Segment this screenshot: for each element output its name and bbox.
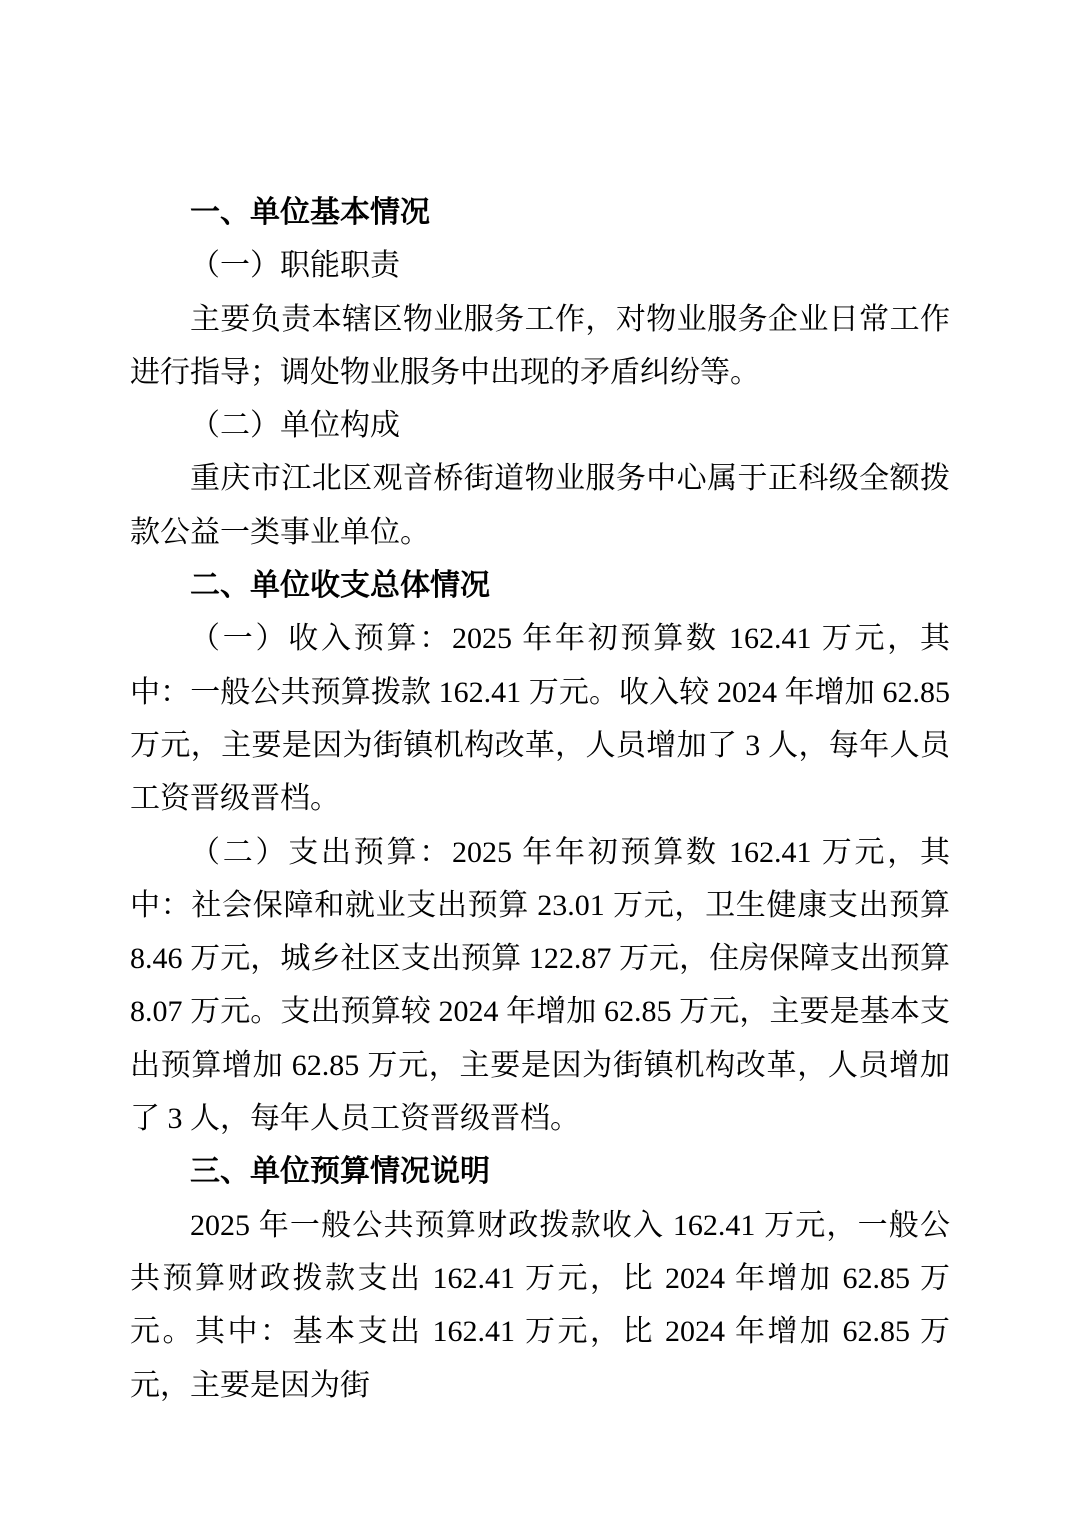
paragraph-unit-composition: 重庆市江北区观音桥街道物业服务中心属于正科级全额拨款公益一类事业单位。 [130,452,950,559]
paragraph-income-budget: （一）收入预算：2025 年年初预算数 162.41 万元，其中：一般公共预算拨… [130,612,950,825]
paragraph-budget-explanation: 2025 年一般公共预算财政拨款收入 162.41 万元，一般公共预算财政拨款支… [130,1199,950,1412]
subheading-unit-composition: （二）单位构成 [130,399,950,452]
section-heading-revenue-expenditure: 二、单位收支总体情况 [130,559,950,612]
paragraph-functions-duties: 主要负责本辖区物业服务工作，对物业服务企业日常工作进行指导；调处物业服务中出现的… [130,293,950,400]
paragraph-expenditure-budget: （二）支出预算：2025 年年初预算数 162.41 万元，其中：社会保障和就业… [130,826,950,1146]
subheading-functions-duties: （一）职能职责 [130,239,950,292]
document-page: 一、单位基本情况 （一）职能职责 主要负责本辖区物业服务工作，对物业服务企业日常… [130,186,950,1412]
section-heading-basic-info: 一、单位基本情况 [130,186,950,239]
section-heading-budget-explanation: 三、单位预算情况说明 [130,1145,950,1198]
